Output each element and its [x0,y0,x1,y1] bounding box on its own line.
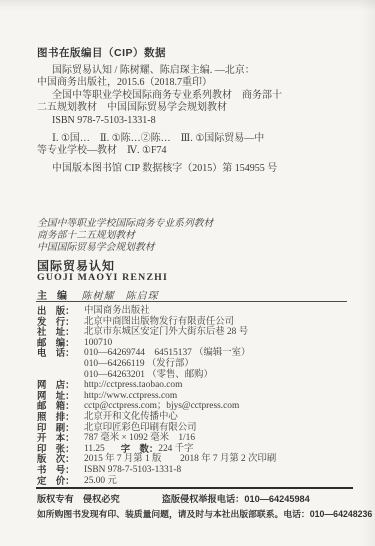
info-row: 定 价：25.00 元 [37,476,347,487]
cip-lines: 国际贸易认知 / 陈树耀、陈启琛主编. —北京：中国商务出版社，2015.6（2… [37,65,337,176]
book-title-pinyin: GUOJI MAOYI RENZHI [37,272,168,283]
cip-line: 中国商务出版社，2015.6（2018.7重印） [37,77,337,90]
info-row-value: 中国商务出版社 [84,306,150,317]
info-row-value: 北京开和文化传播中心 [84,412,178,423]
info-row: 邮 编：100710 [37,338,347,349]
info-row: 发 行：北京中商图出版物发行有限责任公司 [37,317,347,328]
info-row: 书 号：ISBN 978-7-5103-1331-8 [37,465,347,476]
divider-thin [36,301,347,302]
info-row: 邮 箱：cctp@cctpress.com；bjys@cctpress.com [37,401,347,412]
quality-notice: 如所购图书发现有印、装质量问题，请及时与本社出版部联系。电话：010—64248… [37,508,361,520]
piracy-report-phone: 盗版侵权举报电话：010—64245984 [162,493,310,505]
series-line: 商务部十二五规划教材 [37,230,213,242]
info-row-label: 定 价： [37,476,84,487]
info-row: 网 店：http://cctpress.taobao.com [37,380,347,391]
info-row-value: 010—64266119 （发行部） [84,359,194,370]
series-block: 全国中等职业学校国际商务专业系列教材商务部十二五规划教材中国国际贸易学会规划教材 [37,218,213,255]
cip-header: 图书在版编目（CIP）数据 [37,47,337,60]
info-row-value: cctp@cctpress.com；bjys@cctpress.com [84,401,239,412]
cip-line: Ⅰ. ①国… Ⅱ. ①陈…②陈… Ⅲ. ①国际贸易—中 [37,133,337,146]
info-row: 电 话：010—64269744 64515137 （编辑一室） [37,348,347,359]
footer-block: 版权专有 侵权必究 盗版侵权举报电话：010—64245984 如所购图书发现有… [37,493,361,520]
info-row-value: http://cctpress.taobao.com [84,380,182,391]
info-row: 印 刷：北京印匠彩色印刷有限公司 [37,423,347,434]
info-row-label: 电 话： [37,348,84,359]
info-row: 社 址：北京市东城区安定门外大街东后巷 28 号 [37,327,347,338]
info-row: 网 址：http://www.cctpress.com [37,391,347,402]
divider-thick [36,487,353,489]
footer-line-1: 版权专有 侵权必究 盗版侵权举报电话：010—64245984 [37,493,361,505]
cip-line: 中国版本图书馆 CIP 数据核字（2015）第 154955 号 [37,163,337,176]
info-row-label: 书 号： [37,465,84,476]
publication-info-list: 出 版：中国商务出版社发 行：北京中商图出版物发行有限责任公司社 址：北京市东城… [37,306,347,486]
info-row: 开 本：787 毫米 × 1092 毫米 1/16 [37,433,347,444]
info-row-value: http://www.cctpress.com [84,391,177,402]
info-row-value: 11.25 [84,444,105,455]
info-row-value: 北京印匠彩色印刷有限公司 [84,423,197,434]
info-row: 010—64263201 （零售、邮购） [37,370,347,381]
cip-line: ISBN 978-7-5103-1331-8 [37,115,337,128]
copyright-page: 图书在版编目（CIP）数据 国际贸易认知 / 陈树耀、陈启琛主编. —北京：中国… [0,0,375,546]
info-row-label-2: 字 数： [121,444,159,455]
series-line: 全国中等职业学校国际商务专业系列教材 [37,218,213,230]
info-row-value: 北京中商图出版物发行有限责任公司 [84,317,234,328]
copyright-notice: 版权专有 侵权必究 [37,493,120,505]
editors-line: 主 编 陈树耀 陈启琛 [37,287,159,302]
info-row-label: 照 排： [37,412,84,423]
info-row-value: 010—64263201 （零售、邮购） [84,370,213,381]
cip-line: 等专业学校—教材 Ⅳ. ①F74 [37,145,337,158]
info-row: 照 排：北京开和文化传播中心 [37,412,347,423]
info-row-value: 北京市东城区安定门外大街东后巷 28 号 [84,327,248,338]
info-row-value-2: 224 千字 [158,444,193,455]
info-row-label [37,359,84,370]
cip-line: 二五规划教材 中国国际贸易学会规划教材 [37,102,337,115]
info-row-value: ISBN 978-7-5103-1331-8 [84,465,181,476]
info-row-value: 2015 年 7 月第 1 版 2018 年 7 月第 2 次印刷 [84,454,276,465]
info-row: 出 版：中国商务出版社 [37,306,347,317]
cip-block: 图书在版编目（CIP）数据 国际贸易认知 / 陈树耀、陈启琛主编. —北京：中国… [37,47,337,175]
cip-line: 国际贸易认知 / 陈树耀、陈启琛主编. —北京： [37,65,337,78]
info-row: 010—64266119 （发行部） [37,359,347,370]
info-row: 印 张：11.25字 数：224 千字 [37,444,347,455]
series-line: 中国国际贸易学会规划教材 [37,242,213,254]
info-row-value: 100710 [84,338,112,349]
info-row: 版 次：2015 年 7 月第 1 版 2018 年 7 月第 2 次印刷 [37,454,347,465]
info-row-value: 25.00 元 [84,476,117,487]
cip-line: 全国中等职业学校国际商务专业系列教材 商务部十 [37,90,337,103]
info-row-label: 出 版： [37,306,84,317]
info-row-value: 010—64269744 64515137 （编辑一室） [84,348,250,359]
